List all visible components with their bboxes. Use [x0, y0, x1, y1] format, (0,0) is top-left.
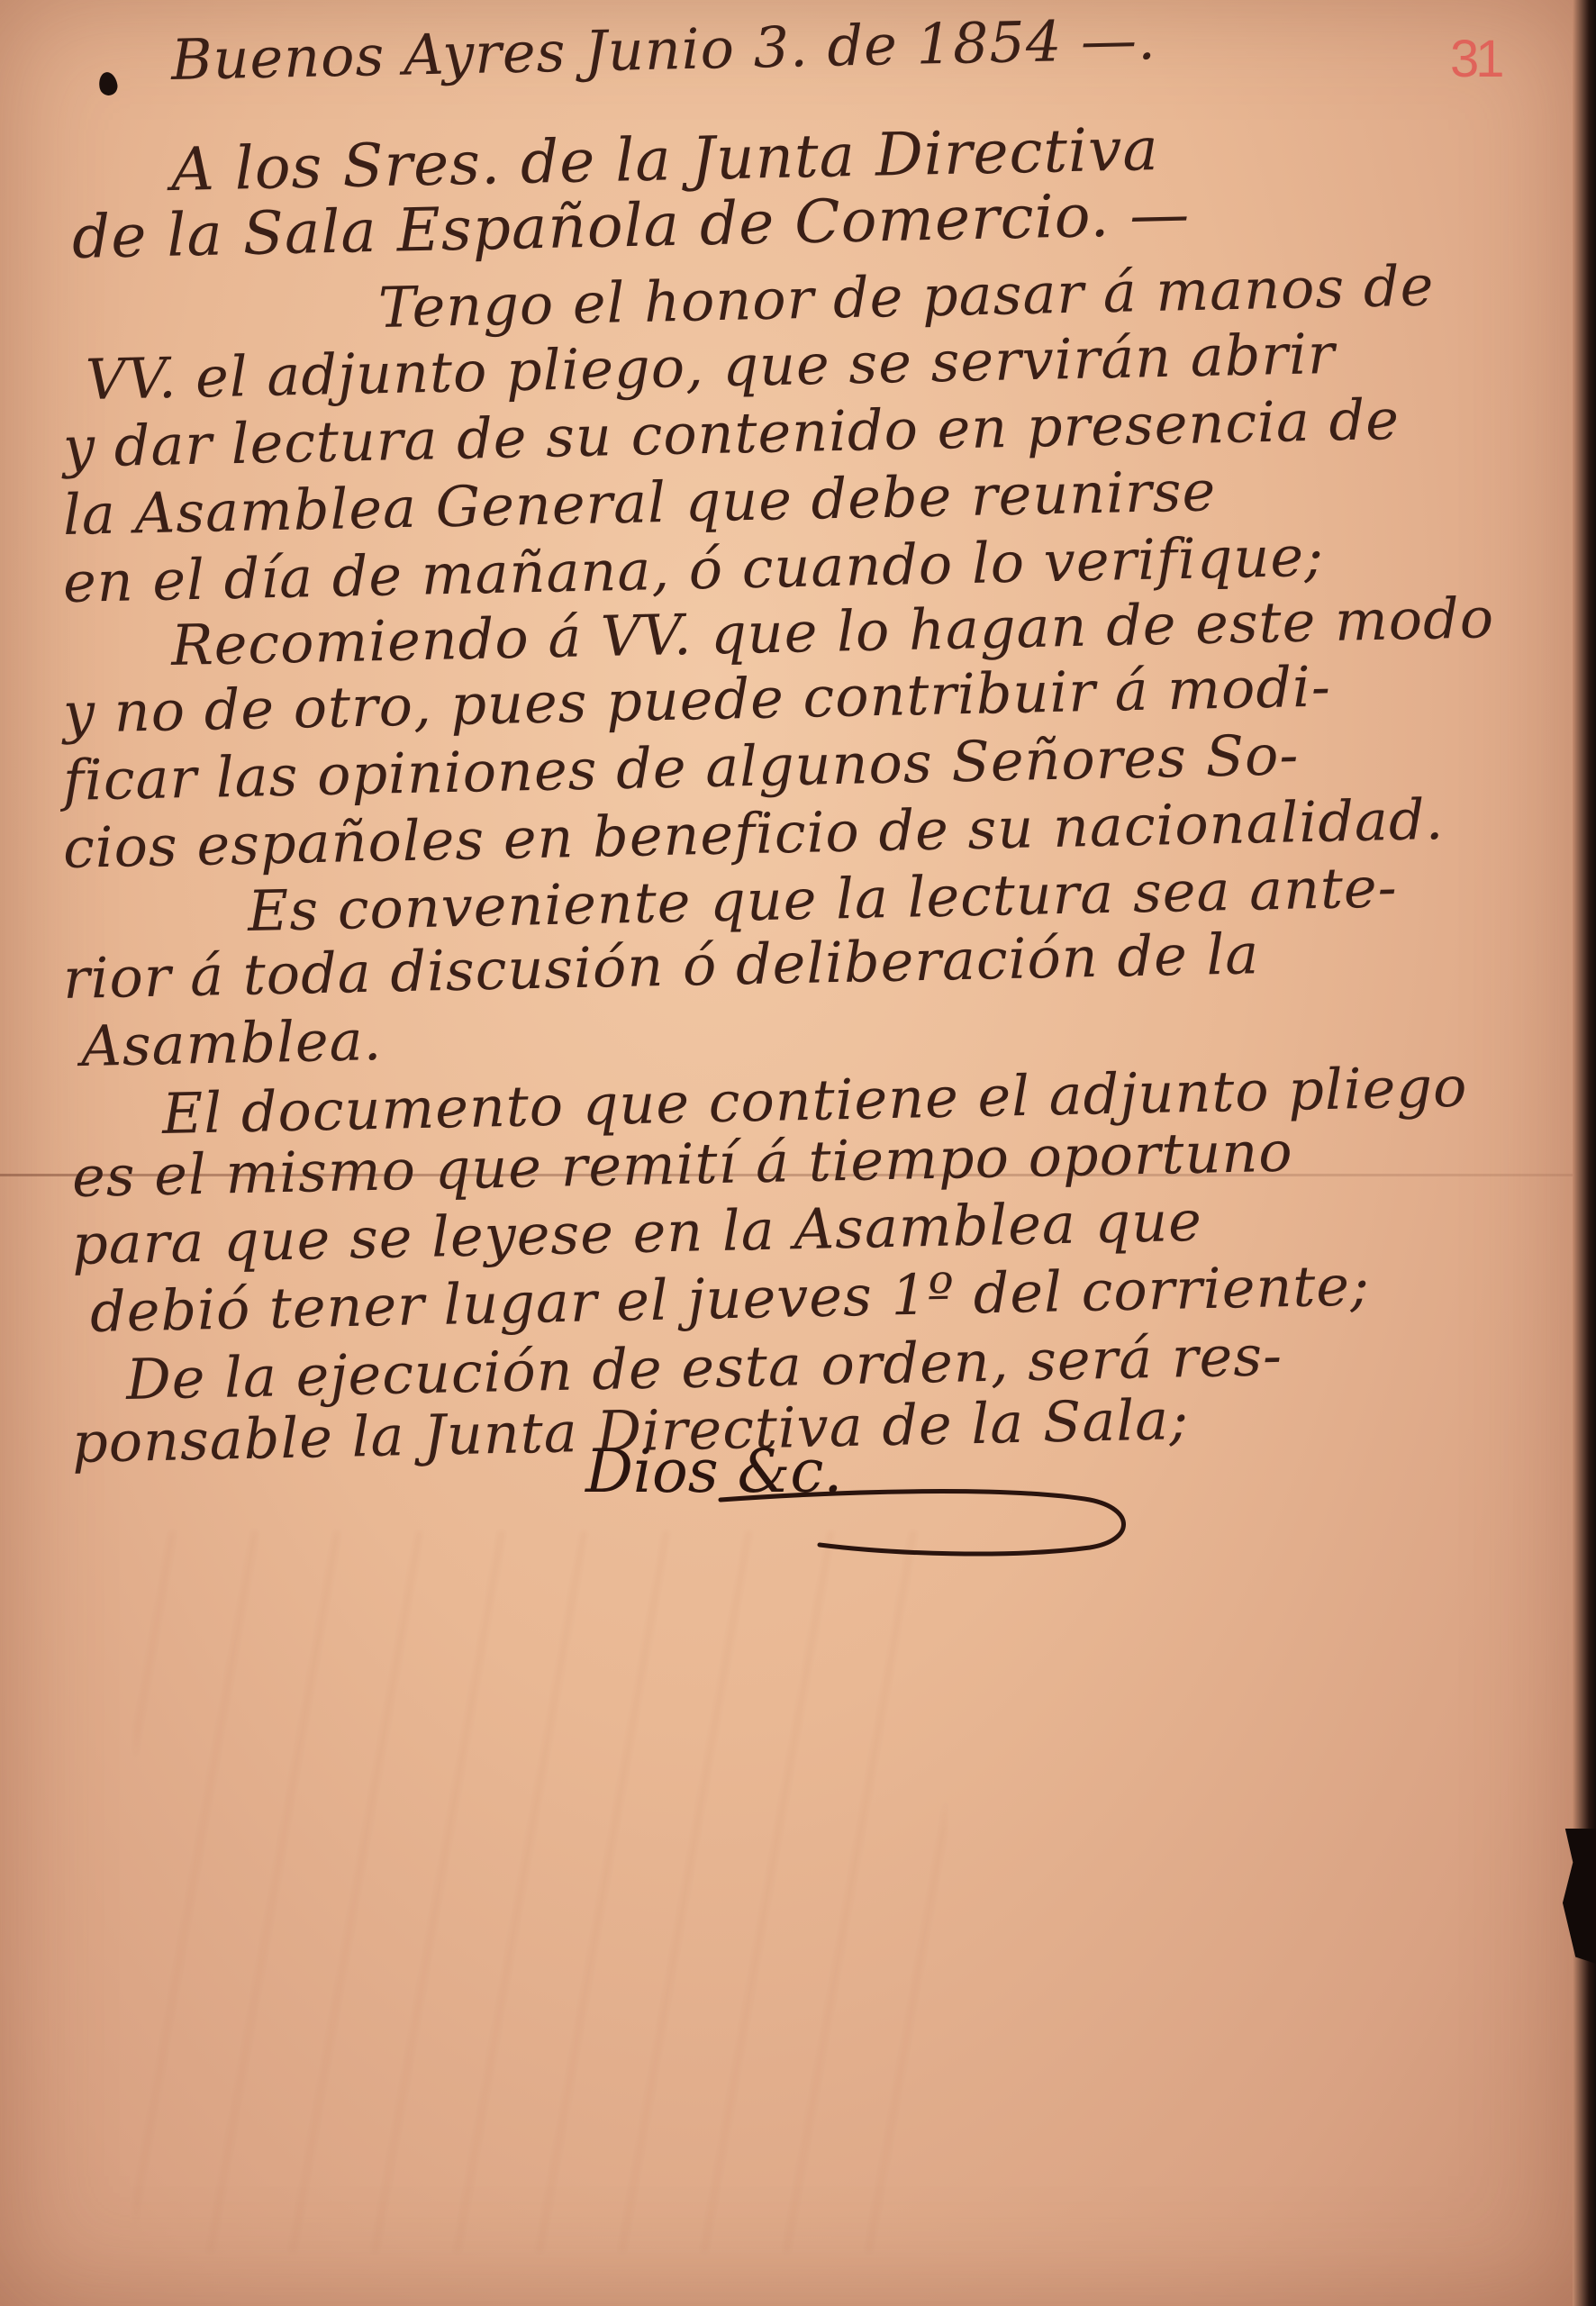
ink-bleed-through	[135, 1531, 946, 2252]
folio-number: 31	[1450, 29, 1501, 89]
signature-flourish	[712, 1477, 1144, 1567]
body-line: Asamblea.	[80, 1007, 383, 1079]
